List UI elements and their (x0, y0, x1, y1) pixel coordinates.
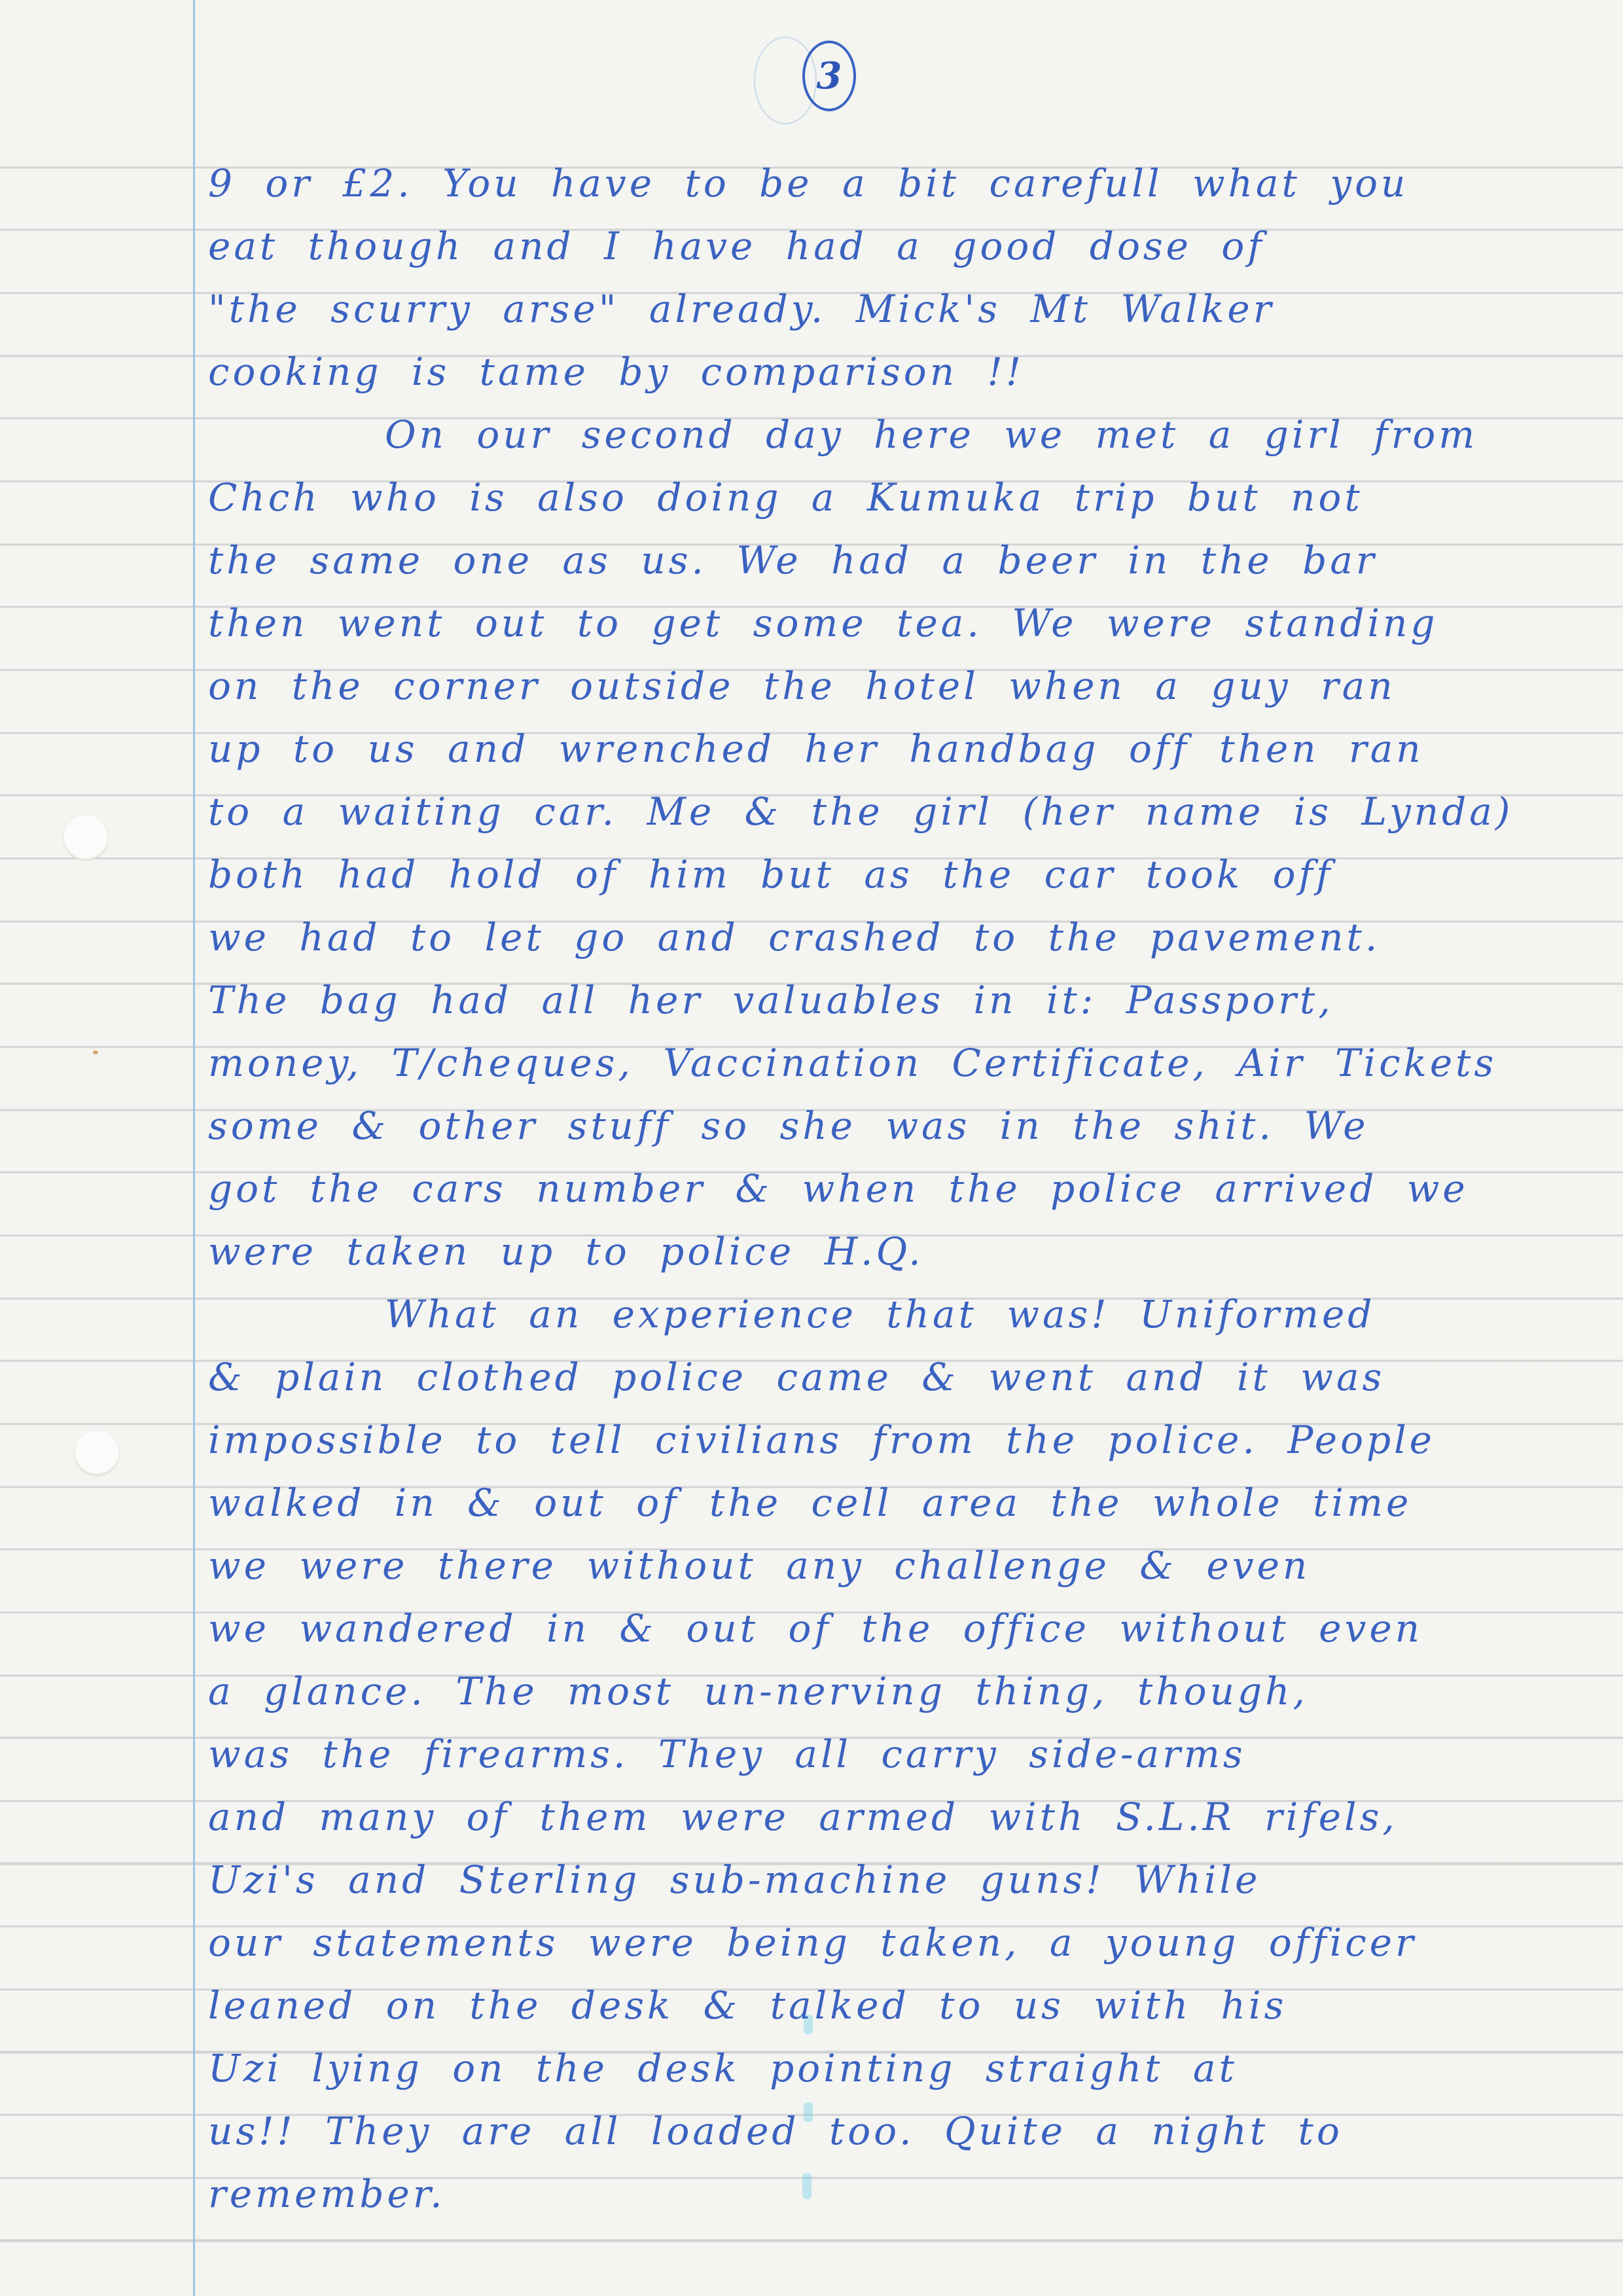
punch-hole (63, 815, 109, 861)
handwritten-line: were taken up to police H.Q. (208, 1220, 1602, 1283)
handwritten-line: some & other stuff so she was in the shi… (208, 1094, 1602, 1157)
handwritten-line: money, T/cheques, Vaccination Certificat… (208, 1031, 1602, 1094)
handwritten-line: Uzi's and Sterling sub-machine guns! Whi… (208, 1848, 1602, 1911)
handwritten-line: & plain clothed police came & went and i… (208, 1346, 1602, 1408)
handwritten-line: on the corner outside the hotel when a g… (208, 655, 1602, 717)
page-number: 3 (802, 41, 856, 111)
handwritten-line: Uzi lying on the desk pointing straight … (208, 2037, 1602, 2100)
handwritten-line: impossible to tell civilians from the po… (208, 1408, 1602, 1471)
handwritten-line: and many of them were armed with S.L.R r… (208, 1785, 1602, 1848)
handwritten-line: a glance. The most un-nerving thing, tho… (208, 1660, 1602, 1723)
handwritten-line: leaned on the desk & talked to us with h… (208, 1974, 1602, 2037)
handwritten-line: On our second day here we met a girl fro… (208, 403, 1602, 466)
handwritten-line: walked in & out of the cell area the who… (208, 1471, 1602, 1534)
handwritten-body: 9 or £2. You have to be a bit carefull w… (208, 152, 1602, 2225)
letter-page: 3 9 or £2. You have to be a bit carefull… (0, 0, 1623, 2296)
handwritten-line: the same one as us. We had a beer in the… (208, 529, 1602, 592)
handwritten-line: Chch who is also doing a Kumuka trip but… (208, 466, 1602, 529)
handwritten-line: both had hold of him but as the car took… (208, 843, 1602, 906)
handwritten-line: to a waiting car. Me & the girl (her nam… (208, 780, 1602, 843)
handwritten-line: cooking is tame by comparison !! (208, 340, 1602, 403)
handwritten-line: The bag had all her valuables in it: Pas… (208, 969, 1602, 1031)
handwritten-line: up to us and wrenched her handbag off th… (208, 717, 1602, 780)
handwritten-line: we wandered in & out of the office witho… (208, 1597, 1602, 1660)
handwritten-line: we were there without any challenge & ev… (208, 1534, 1602, 1597)
handwritten-line: eat though and I have had a good dose of (208, 215, 1602, 278)
handwritten-line: we had to let go and crashed to the pave… (208, 906, 1602, 969)
handwritten-line: was the firearms. They all carry side-ar… (208, 1723, 1602, 1785)
handwritten-line: "the scurry arse" already. Mick's Mt Wal… (208, 278, 1602, 340)
handwritten-line: then went out to get some tea. We were s… (208, 592, 1602, 655)
margin-line (193, 0, 195, 2296)
handwritten-line: got the cars number & when the police ar… (208, 1157, 1602, 1220)
punch-hole (74, 1430, 120, 1476)
handwritten-line: our statements were being taken, a young… (208, 1911, 1602, 1974)
paper-speck (93, 1050, 98, 1054)
handwritten-line: remember. (208, 2162, 1602, 2225)
handwritten-line: What an experience that was! Uniformed (208, 1283, 1602, 1346)
handwritten-line: us!! They are all loaded too. Quite a ni… (208, 2100, 1602, 2162)
handwritten-line: 9 or £2. You have to be a bit carefull w… (208, 152, 1602, 215)
